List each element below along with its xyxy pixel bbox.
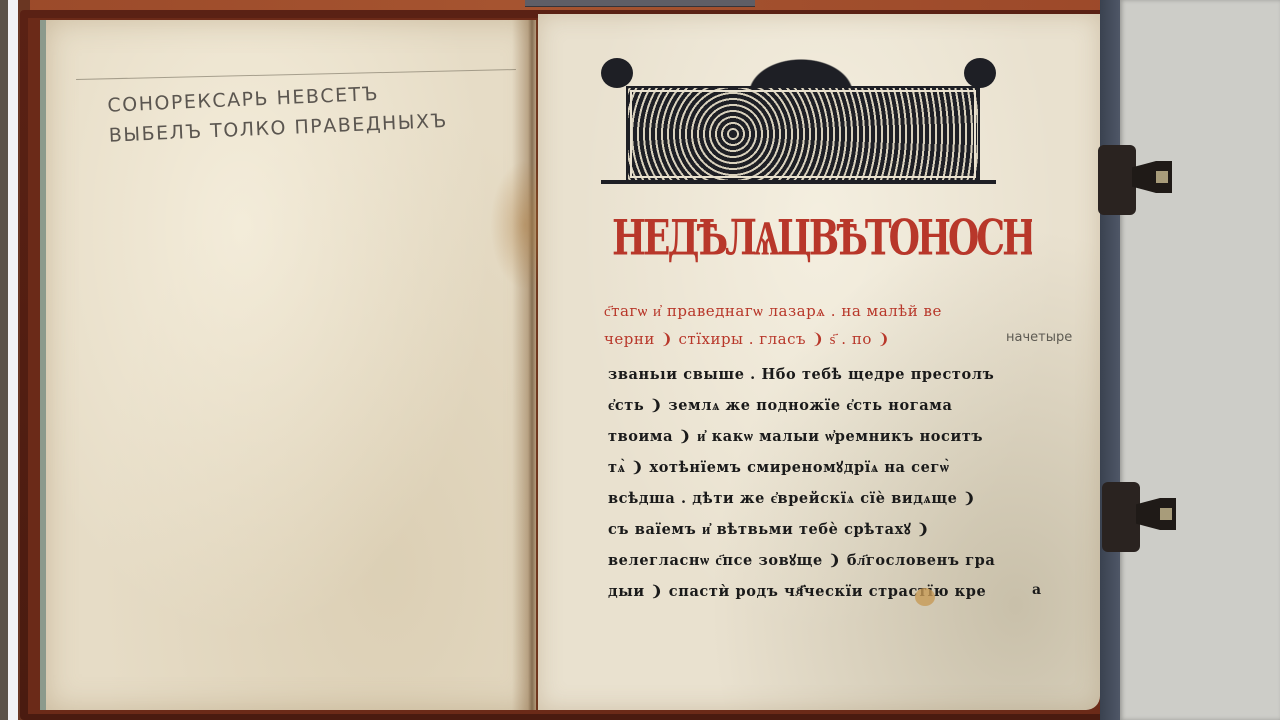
ornamental-headpiece: [601, 54, 996, 184]
backing-paper-sheet: [1120, 0, 1280, 720]
text-line: тѧ̀ ❩ хотѣнїемъ смиреномꙋдрїѧ на сегѡ̀: [608, 452, 1018, 483]
clasp-bottom-icon: [1102, 482, 1182, 552]
text-line: съ ваїемъ и҆ вѣтвьми тебѐ срѣтахꙋ ❩: [608, 514, 1018, 545]
page-title-vyaz: НЕДѢЛѦЦВѢТОНОСНАѦВЕЧЕРЪ: [612, 210, 1032, 267]
pomegranate-right-icon: [964, 58, 996, 88]
pomegranate-left-icon: [601, 58, 633, 88]
headpiece-baseline: [601, 180, 996, 184]
signature-mark: а҃: [796, 582, 803, 599]
right-printed-page: НЕДѢЛѦЦВѢТОНОСНАѦВЕЧЕРЪ с҃тагѡ и҆ правед…: [538, 14, 1100, 710]
body-text: званьıи свыше . Нбо тебѣ щедре престолъ …: [608, 359, 1018, 607]
text-line: твоима ❩ и҆ какѡ малыи ѡ҆ремникъ носитъ: [608, 421, 1018, 452]
handwritten-note: СОНОРЕКСАРЬ НЕВСЕТЪ ВЫБЕЛЪ ТОЛКО ПРАВЕДН…: [107, 73, 509, 150]
foxing-spot: [915, 588, 935, 606]
text-line: званьıи свыше . Нбо тебѣ щедре престолъ: [608, 359, 1018, 390]
clasp-top-icon: [1098, 145, 1178, 215]
headpiece-woodcut-panel: [626, 86, 980, 182]
margin-pencil-note: начетырe: [1006, 330, 1072, 345]
text-line: є҆сть ❩ землѧ же подножїе є҆сть ногама: [608, 390, 1018, 421]
left-flyleaf-page: СОНОРЕКСАРЬ НЕВСЕТЪ ВЫБЕЛЪ ТОЛКО ПРАВЕДН…: [40, 20, 536, 710]
book-photo: СОНОРЕКСАРЬ НЕВСЕТЪ ВЫБЕЛЪ ТОЛКО ПРАВЕДН…: [0, 0, 1280, 720]
rubric-line-1: с҃тагѡ и҆ праведнагѡ лазарѧ . на малѣй в…: [604, 302, 1084, 321]
text-line: дыи ❩ спастѝ родъ чл҃ческїи страстїю кре: [608, 576, 1018, 607]
catchword: а: [1032, 582, 1041, 598]
metal-bar: [525, 0, 755, 7]
text-line: всѣдша . дѣти же є҆врейскїѧ сїѐ видѧще ❩: [608, 483, 1018, 514]
text-line: велегласнѡ с҃псе зовꙋще ❩ бл҃гословенъ г…: [608, 545, 1018, 576]
